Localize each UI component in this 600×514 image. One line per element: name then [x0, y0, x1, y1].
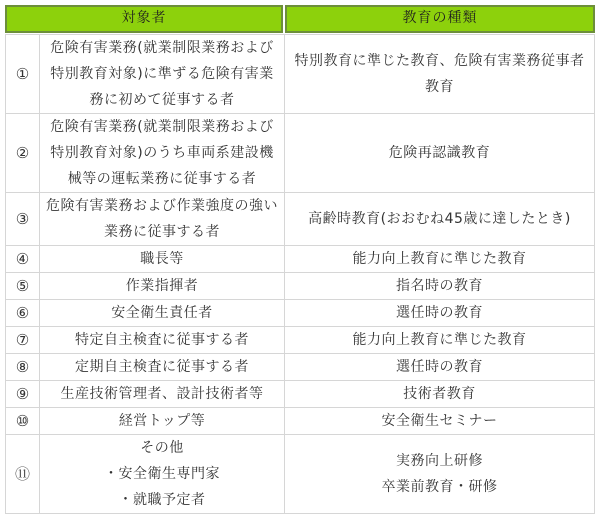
education-cell: 選任時の教育 — [285, 300, 595, 327]
table-row: ⑩ 経営トップ等 安全衛生セミナー — [6, 408, 595, 435]
target-cell: その他 ・安全衛生専門家 ・就職予定者 — [40, 435, 285, 514]
education-cell: 選任時の教育 — [285, 354, 595, 381]
table-header-row: 対象者 教育の種類 — [5, 5, 595, 33]
target-cell: 定期自主検査に従事する者 — [40, 354, 285, 381]
target-cell: 危険有害業務および作業強度の強い 業務に従事する者 — [40, 193, 285, 246]
target-cell: 職長等 — [40, 246, 285, 273]
table-row: ③ 危険有害業務および作業強度の強い 業務に従事する者 高齢時教育(おおむね45… — [6, 193, 595, 246]
target-cell: 危険有害業務(就業制限業務および 特別教育対象)に準ずる危険有害業 務に初めて従… — [40, 35, 285, 114]
row-number-cell: ② — [6, 114, 40, 193]
row-number-cell: ⑧ — [6, 354, 40, 381]
row-number-cell: ④ — [6, 246, 40, 273]
education-cell: 危険再認識教育 — [285, 114, 595, 193]
education-cell: 能力向上教育に準じた教育 — [285, 327, 595, 354]
table-body: ① 危険有害業務(就業制限業務および 特別教育対象)に準ずる危険有害業 務に初め… — [5, 34, 595, 514]
table-row: ⑪ その他 ・安全衛生専門家 ・就職予定者 実務向上研修 卒業前教育・研修 — [6, 435, 595, 514]
row-number-cell: ⑩ — [6, 408, 40, 435]
target-cell: 危険有害業務(就業制限業務および 特別教育対象)のうち車両系建設機 械等の運転業… — [40, 114, 285, 193]
target-cell: 作業指揮者 — [40, 273, 285, 300]
education-cell: 特別教育に準じた教育、危険有害業務従事者 教育 — [285, 35, 595, 114]
table-row: ⑧ 定期自主検査に従事する者 選任時の教育 — [6, 354, 595, 381]
row-number-cell: ⑨ — [6, 381, 40, 408]
row-number-cell: ① — [6, 35, 40, 114]
header-education-type: 教育の種類 — [285, 5, 595, 33]
education-cell: 安全衛生セミナー — [285, 408, 595, 435]
target-cell: 安全衛生責任者 — [40, 300, 285, 327]
table-row: ⑨ 生産技術管理者、設計技術者等 技術者教育 — [6, 381, 595, 408]
table-row: ⑥ 安全衛生責任者 選任時の教育 — [6, 300, 595, 327]
target-cell: 生産技術管理者、設計技術者等 — [40, 381, 285, 408]
target-cell: 経営トップ等 — [40, 408, 285, 435]
table-row: ① 危険有害業務(就業制限業務および 特別教育対象)に準ずる危険有害業 務に初め… — [6, 35, 595, 114]
header-target: 対象者 — [5, 5, 283, 33]
table-row: ⑤ 作業指揮者 指名時の教育 — [6, 273, 595, 300]
education-cell: 能力向上教育に準じた教育 — [285, 246, 595, 273]
education-cell: 技術者教育 — [285, 381, 595, 408]
table-row: ② 危険有害業務(就業制限業務および 特別教育対象)のうち車両系建設機 械等の運… — [6, 114, 595, 193]
education-cell: 指名時の教育 — [285, 273, 595, 300]
row-number-cell: ③ — [6, 193, 40, 246]
education-cell: 高齢時教育(おおむね45歳に達したとき) — [285, 193, 595, 246]
row-number-cell: ⑤ — [6, 273, 40, 300]
row-number-cell: ⑥ — [6, 300, 40, 327]
education-types-table: 対象者 教育の種類 ① 危険有害業務(就業制限業務および 特別教育対象)に準ずる… — [5, 5, 595, 514]
row-number-cell: ⑦ — [6, 327, 40, 354]
education-cell: 実務向上研修 卒業前教育・研修 — [285, 435, 595, 514]
table-row: ④ 職長等 能力向上教育に準じた教育 — [6, 246, 595, 273]
target-cell: 特定自主検査に従事する者 — [40, 327, 285, 354]
row-number-cell: ⑪ — [6, 435, 40, 514]
table-row: ⑦ 特定自主検査に従事する者 能力向上教育に準じた教育 — [6, 327, 595, 354]
